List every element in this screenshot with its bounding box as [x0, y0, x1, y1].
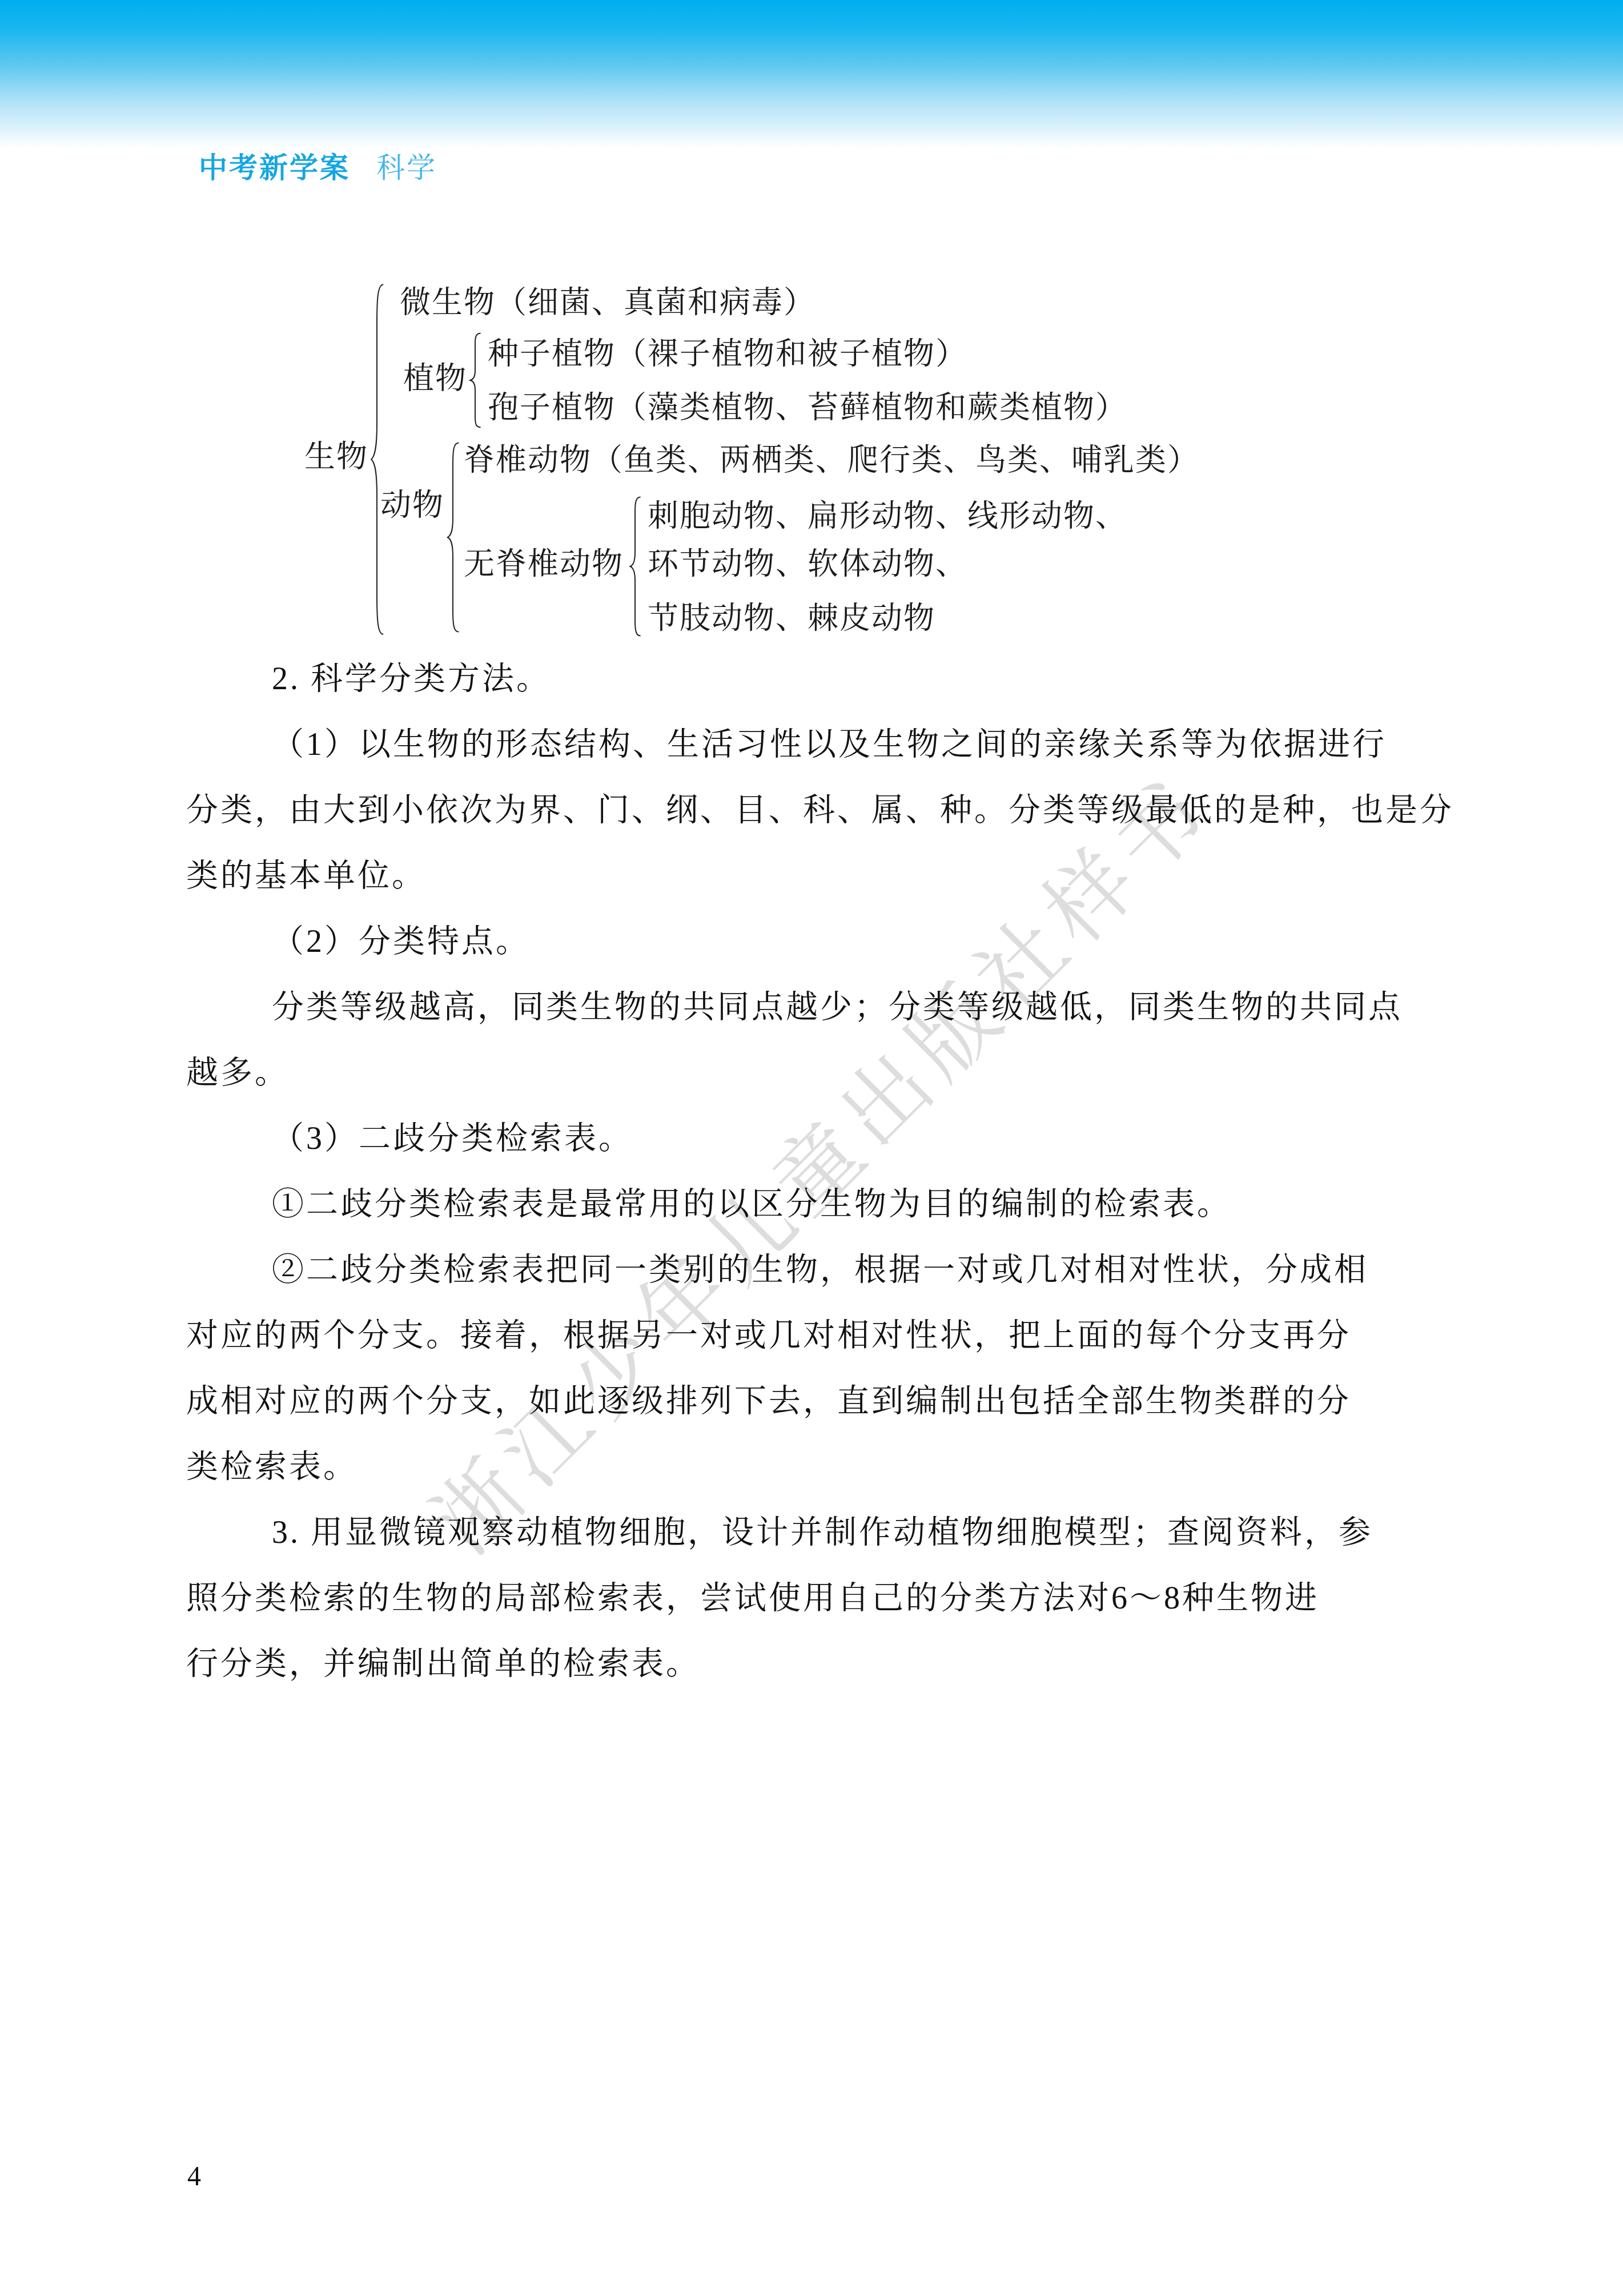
diagram-vertebrate-row: 脊椎动物（鱼类、两栖类、爬行类、鸟类、哺乳类） — [464, 445, 1199, 476]
brace-icon — [369, 281, 385, 638]
diagram-plant-label: 植物 — [403, 363, 467, 394]
body-line: 行分类，并编制出简单的检索表。 — [186, 1631, 1477, 1697]
body-line: （1）以生物的形态结构、生活习性以及生物之间的亲缘关系等为依据进行 — [186, 712, 1477, 778]
body-line: 分类等级越高，同类生物的共同点越少；分类等级越低，同类生物的共同点 — [186, 975, 1477, 1040]
body-text-block: 2. 科学分类方法。 （1）以生物的形态结构、生活习性以及生物之间的亲缘关系等为… — [186, 646, 1477, 1697]
diagram-invertebrate-row1: 刺胞动物、扁形动物、线形动物、 — [648, 501, 1127, 532]
textbook-page: 中考新学案 科学 浙江少年儿童出版社样书 生物 微生物（细菌、真菌和病毒） 植物… — [0, 0, 1623, 2296]
brace-icon — [445, 441, 460, 634]
diagram-micro-row: 微生物（细菌、真菌和病毒） — [400, 287, 815, 318]
diagram-root-label: 生物 — [304, 441, 368, 472]
diagram-invertebrate-row3: 节肢动物、棘皮动物 — [648, 603, 935, 634]
body-line: （2）分类特点。 — [186, 909, 1477, 975]
page-number: 4 — [187, 2162, 201, 2192]
diagram-animal-label: 动物 — [380, 490, 444, 521]
body-line: 2. 科学分类方法。 — [186, 646, 1477, 712]
body-line: 成相对应的两个分支，如此逐级排列下去，直到编制出包括全部生物类群的分 — [186, 1369, 1477, 1434]
diagram-spore-plant-row: 孢子植物（藻类植物、苔藓植物和蕨类植物） — [488, 392, 1127, 423]
body-line: 照分类检索的生物的局部检索表，尝试使用自己的分类方法对6～8种生物进 — [186, 1566, 1477, 1631]
top-gradient-band — [0, 0, 1623, 153]
body-line: 3. 用显微镜观察动植物细胞，设计并制作动植物细胞模型；查阅资料，参 — [186, 1500, 1477, 1566]
body-line: （3）二歧分类检索表。 — [186, 1106, 1477, 1172]
body-line: 对应的两个分支。接着，根据另一对或几对相对性状，把上面的每个分支再分 — [186, 1303, 1477, 1369]
body-line: 类检索表。 — [186, 1434, 1477, 1500]
page-header: 中考新学案 科学 — [199, 150, 437, 184]
subject-label: 科学 — [376, 152, 437, 184]
diagram-invertebrate-row2: 环节动物、软体动物、 — [648, 549, 967, 580]
brace-icon — [628, 496, 642, 637]
series-title: 中考新学案 — [199, 152, 350, 184]
brace-icon — [468, 332, 482, 428]
body-line: 类的基本单位。 — [186, 843, 1477, 909]
body-line: 越多。 — [186, 1040, 1477, 1106]
body-line: ①二歧分类检索表是最常用的以区分生物为目的编制的检索表。 — [186, 1172, 1477, 1237]
diagram-invertebrate-label: 无脊椎动物 — [464, 549, 624, 580]
diagram-seed-plant-row: 种子植物（裸子植物和被子植物） — [488, 339, 967, 369]
body-line: 分类，由大到小依次为界、门、纲、目、科、属、种。分类等级最低的是种，也是分 — [186, 778, 1477, 843]
body-line: ②二歧分类检索表把同一类别的生物，根据一对或几对相对性状，分成相 — [186, 1237, 1477, 1303]
